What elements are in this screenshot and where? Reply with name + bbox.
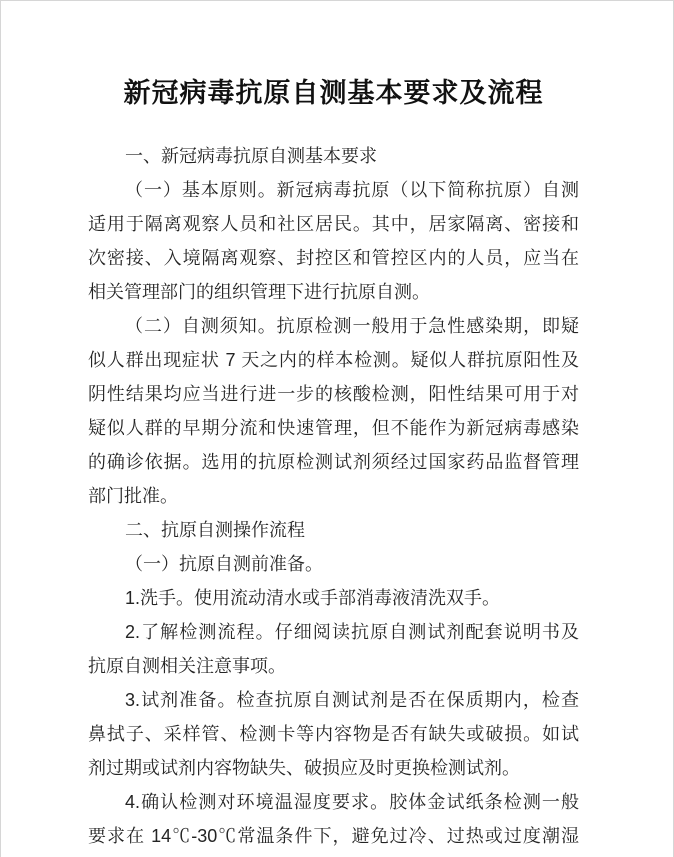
text-line: 阴性结果均应当进行进一步的核酸检测，阳性结果可用于对	[88, 377, 579, 411]
text-line: 适用于隔离观察人员和社区居民。其中，居家隔离、密接和	[88, 207, 579, 241]
text-line: （一）抗原自测前准备。	[88, 547, 579, 581]
text-line: 1.洗手。使用流动清水或手部消毒液清洗双手。	[88, 581, 579, 615]
text-line: 相关管理部门的组织管理下进行抗原自测。	[88, 275, 579, 309]
document-page: 新冠病毒抗原自测基本要求及流程 一、新冠病毒抗原自测基本要求（一）基本原则。新冠…	[0, 0, 674, 857]
text-line: 的确诊依据。选用的抗原检测试剂须经过国家药品监督管理	[88, 445, 579, 479]
text-line: 二、抗原自测操作流程	[88, 513, 579, 547]
text-line: 似人群出现症状 7 天之内的样本检测。疑似人群抗原阳性及	[88, 343, 579, 377]
text-line: 疑似人群的早期分流和快速管理，但不能作为新冠病毒感染	[88, 411, 579, 445]
document-title: 新冠病毒抗原自测基本要求及流程	[88, 75, 579, 111]
text-line: 鼻拭子、采样管、检测卡等内容物是否有缺失或破损。如试	[88, 717, 579, 751]
text-line: （二）自测须知。抗原检测一般用于急性感染期，即疑	[88, 309, 579, 343]
text-line: 一、新冠病毒抗原自测基本要求	[88, 139, 579, 173]
text-line: （一）基本原则。新冠病毒抗原（以下简称抗原）自测	[88, 173, 579, 207]
text-line: 3.试剂准备。检查抗原自测试剂是否在保质期内，检查	[88, 683, 579, 717]
text-line: 要求在 14℃-30℃常温条件下，避免过冷、过热或过度潮湿	[88, 819, 579, 853]
text-line: 次密接、入境隔离观察、封控区和管控区内的人员，应当在	[88, 241, 579, 275]
document-body: 一、新冠病毒抗原自测基本要求（一）基本原则。新冠病毒抗原（以下简称抗原）自测适用…	[88, 139, 579, 853]
text-line: 4.确认检测对环境温湿度要求。胶体金试纸条检测一般	[88, 785, 579, 819]
text-line: 部门批准。	[88, 479, 579, 513]
text-line: 抗原自测相关注意事项。	[88, 649, 579, 683]
text-line: 剂过期或试剂内容物缺失、破损应及时更换检测试剂。	[88, 751, 579, 785]
text-line: 2.了解检测流程。仔细阅读抗原自测试剂配套说明书及	[88, 615, 579, 649]
